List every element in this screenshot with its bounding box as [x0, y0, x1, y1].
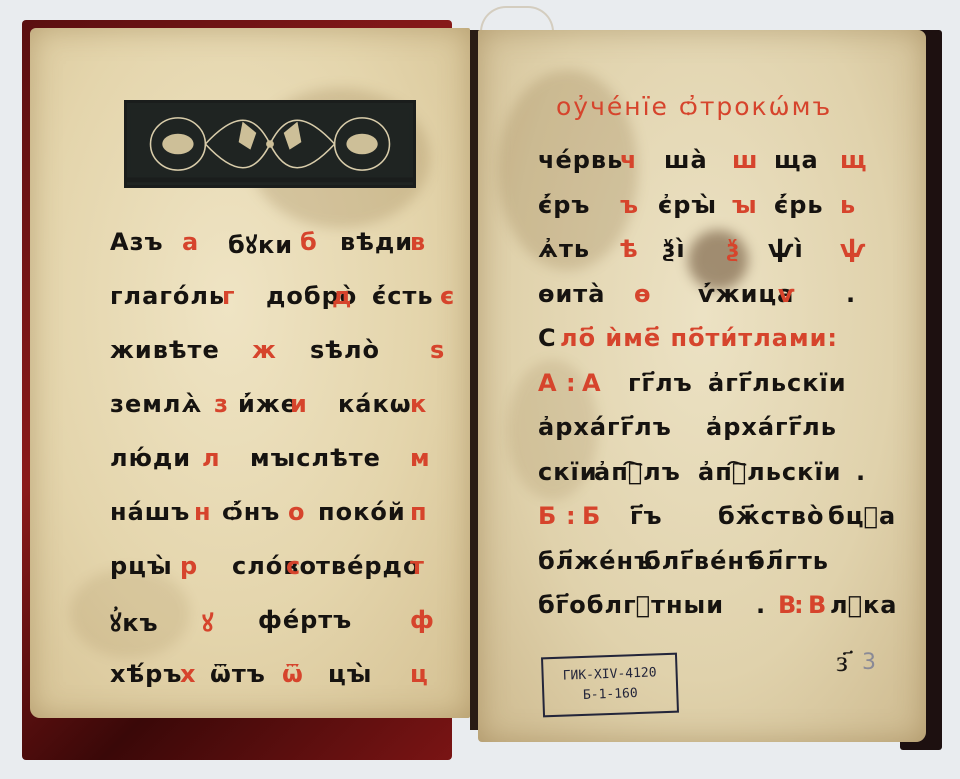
- letter-name: ѧ҆ть: [538, 235, 590, 263]
- letter-name: сло́во: [232, 552, 317, 580]
- letter-name: .: [846, 280, 856, 308]
- letter-name: ꙋ҆къ: [110, 606, 159, 639]
- letter-glyph: ло҃ ѝме҃ по҃ти́тлами:: [560, 324, 838, 352]
- letter-glyph: б: [300, 228, 318, 256]
- letter-glyph: н: [194, 498, 212, 526]
- letter-name: бж҃ство̀: [718, 502, 824, 530]
- letter-glyph: В: [808, 591, 827, 619]
- letter-glyph: є: [440, 282, 455, 310]
- letter-name: ѯі̀: [662, 235, 686, 263]
- letter-name: вѣди: [340, 228, 413, 256]
- letter-name: рцꙑ̀: [110, 552, 173, 580]
- letter-name: г҃ъ: [630, 502, 663, 530]
- letter-glyph: ѵ: [778, 280, 796, 308]
- letter-name: гг҃лъ: [628, 369, 693, 397]
- letter-name: є҆́ръ: [538, 191, 590, 219]
- letter-glyph: в: [410, 228, 426, 256]
- ornament-icon: [127, 103, 413, 185]
- letter-glyph: ь: [840, 191, 856, 219]
- letter-name: глаго́ль: [110, 282, 225, 310]
- pencil-page-number: 3: [862, 650, 876, 675]
- letter-glyph: Б: [538, 502, 557, 530]
- stamp-line-2: Б-1-160: [583, 684, 638, 706]
- letter-name: цꙑ̀: [328, 660, 372, 688]
- letter-name: фе́ртъ: [258, 606, 352, 634]
- letter-name: и҆́же: [238, 390, 298, 418]
- letter-name: живѣте: [110, 336, 220, 364]
- letter-name: а҆гг҃льскїи: [708, 369, 847, 397]
- letter-name: землѧ̀: [110, 390, 202, 418]
- letter-glyph: р: [180, 552, 198, 580]
- letter-glyph: ж: [252, 336, 277, 364]
- letter-glyph: А: [538, 369, 558, 397]
- letter-glyph: А: [582, 369, 602, 397]
- letter-name: ѳита̀: [538, 280, 605, 308]
- letter-glyph: д: [332, 282, 352, 310]
- letter-name: бꙋки: [228, 228, 293, 261]
- letter-glyph: м: [410, 444, 431, 472]
- letter-name: тве́рдо: [316, 552, 420, 580]
- letter-name: поко́й: [318, 498, 406, 526]
- library-shelfmark-stamp: ГИК-XIV-4120 Б-1-160: [541, 653, 679, 718]
- letter-name: ѻ҆́нъ: [222, 498, 280, 526]
- letter-name: на́шъ: [110, 498, 190, 526]
- letter-name: бл҃гть: [748, 547, 829, 575]
- letter-name: бл҃же́нъ: [538, 547, 653, 575]
- letter-glyph: ꙋ: [202, 606, 214, 639]
- letter-name: а҆пⷭ҇лъ: [594, 458, 681, 486]
- letter-glyph: ш: [732, 146, 759, 174]
- letter-name: ка́кѡ: [338, 390, 412, 418]
- letter-name: а҆пⷭ҇льскїи: [698, 458, 842, 486]
- letter-name: лю́ди: [110, 444, 191, 472]
- letter-name: ща: [774, 146, 819, 174]
- letter-glyph: х: [180, 660, 196, 688]
- letter-name: бг҃облгⷣтныи: [538, 591, 724, 619]
- letter-glyph: з: [214, 390, 229, 418]
- binding-thread: [480, 6, 554, 32]
- letter-glyph: о: [288, 498, 306, 526]
- letter-glyph: ѱ: [840, 235, 866, 263]
- letter-name: блг҃ве́нъ: [644, 547, 764, 575]
- letter-glyph: ѳ: [634, 280, 652, 308]
- letter-name: хѣ́ръ: [110, 660, 182, 688]
- letter-glyph: :: [794, 591, 805, 619]
- stamp-line-1: ГИК-XIV-4120: [562, 663, 657, 686]
- letter-glyph: ч: [620, 146, 637, 174]
- letter-name: мꙑслѣте: [250, 444, 381, 472]
- letter-name: Азъ: [110, 228, 164, 256]
- letter-name: скїи: [538, 458, 598, 486]
- letter-name: бцⷣа: [828, 502, 896, 530]
- letter-glyph: ꙑ: [732, 191, 758, 219]
- letter-glyph: ъ: [620, 191, 639, 219]
- page-heading: оу҆че́нїе ѻ҆трокѡ́мъ: [556, 92, 832, 121]
- letter-glyph: ф: [410, 606, 435, 634]
- letter-glyph: :: [566, 369, 577, 397]
- letter-name: .: [856, 458, 866, 486]
- letter-glyph: ѕ: [430, 336, 445, 364]
- letter-name: ѕѣло̀: [310, 336, 380, 364]
- letter-name: є҆́сть: [372, 282, 434, 310]
- letter-name: .: [756, 591, 766, 619]
- letter-glyph: и: [290, 390, 308, 418]
- letter-glyph: :: [566, 502, 577, 530]
- letter-name: є҆рꙑ̀: [658, 191, 717, 219]
- letter-name: а҆рха́гг҃ль: [706, 413, 837, 441]
- floral-headpiece-ornament: [124, 100, 416, 188]
- letter-glyph: ц: [410, 660, 429, 688]
- letter-glyph: ѣ: [620, 235, 639, 263]
- letter-glyph: Б: [582, 502, 601, 530]
- letter-name: ѿтъ: [210, 660, 266, 688]
- letter-name: ша̀: [664, 146, 708, 174]
- letter-name: лⷣка: [830, 591, 897, 619]
- letter-glyph: л: [202, 444, 221, 472]
- letter-glyph: т: [410, 552, 425, 580]
- letter-name: С: [538, 324, 557, 352]
- letter-glyph: щ: [840, 146, 868, 174]
- letter-name: а҆рха́гг҃лъ: [538, 413, 672, 441]
- letter-glyph: к: [410, 390, 427, 418]
- letter-glyph: а: [182, 228, 199, 256]
- letter-glyph: ѿ: [282, 660, 304, 688]
- letter-glyph: п: [410, 498, 428, 526]
- letter-glyph: г: [222, 282, 236, 310]
- letter-name: че́рвь: [538, 146, 623, 174]
- letter-name: є҆́рь: [774, 191, 824, 219]
- page-number: з҃: [836, 644, 848, 679]
- letter-glyph: ѯ: [726, 235, 740, 263]
- letter-name: ѱі̀: [768, 235, 804, 263]
- letter-glyph: с: [286, 552, 301, 580]
